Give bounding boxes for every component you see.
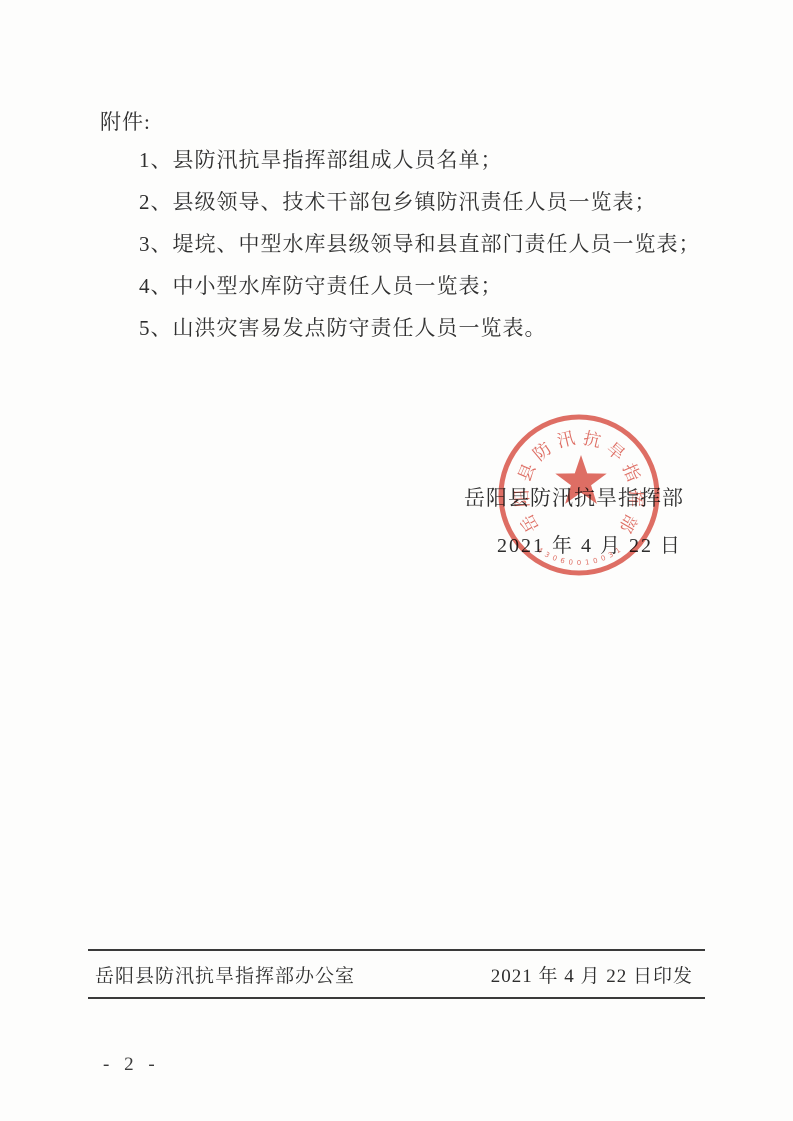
svg-text:0: 0 bbox=[568, 558, 573, 566]
svg-text:指: 指 bbox=[619, 460, 644, 484]
footer-office-name: 岳阳县防汛抗旱指挥部办公室 bbox=[95, 961, 355, 988]
attachment-item-5: 5、山洪灾害易发点防守责任人员一览表。 bbox=[139, 307, 719, 349]
attachment-list: 1、县防汛抗旱指挥部组成人员名单； 2、县级领导、技术干部包乡镇防汛责任人员一览… bbox=[139, 139, 719, 349]
page-number: - 2 - bbox=[103, 1054, 160, 1076]
svg-text:汛: 汛 bbox=[555, 428, 577, 452]
attachment-item-1: 1、县防汛抗旱指挥部组成人员名单； bbox=[139, 139, 719, 181]
attachment-item-3: 3、堤垸、中型水库县级领导和县直部门责任人员一览表； bbox=[139, 223, 719, 265]
svg-text:1: 1 bbox=[585, 558, 590, 566]
signature-date: 2021 年 4 月 22 日 bbox=[497, 529, 682, 558]
footer-rule-top bbox=[88, 949, 705, 951]
attachment-item-4: 4、中小型水库防守责任人员一览表； bbox=[139, 265, 719, 307]
footer-rule-bottom bbox=[88, 997, 705, 999]
signature-organization: 岳阳县防汛抗旱指挥部 bbox=[464, 482, 684, 512]
footer-print-date: 2021 年 4 月 22 日印发 bbox=[491, 961, 693, 988]
svg-text:旱: 旱 bbox=[603, 438, 629, 465]
svg-text:抗: 抗 bbox=[581, 428, 603, 451]
svg-text:防: 防 bbox=[529, 438, 555, 465]
svg-text:0: 0 bbox=[577, 559, 581, 567]
attachment-item-2: 2、县级领导、技术干部包乡镇防汛责任人员一览表； bbox=[139, 181, 719, 223]
svg-text:县: 县 bbox=[514, 460, 539, 484]
document-page: 附件: 1、县防汛抗旱指挥部组成人员名单； 2、县级领导、技术干部包乡镇防汛责任… bbox=[0, 0, 793, 1121]
attachment-heading: 附件: bbox=[100, 109, 151, 135]
